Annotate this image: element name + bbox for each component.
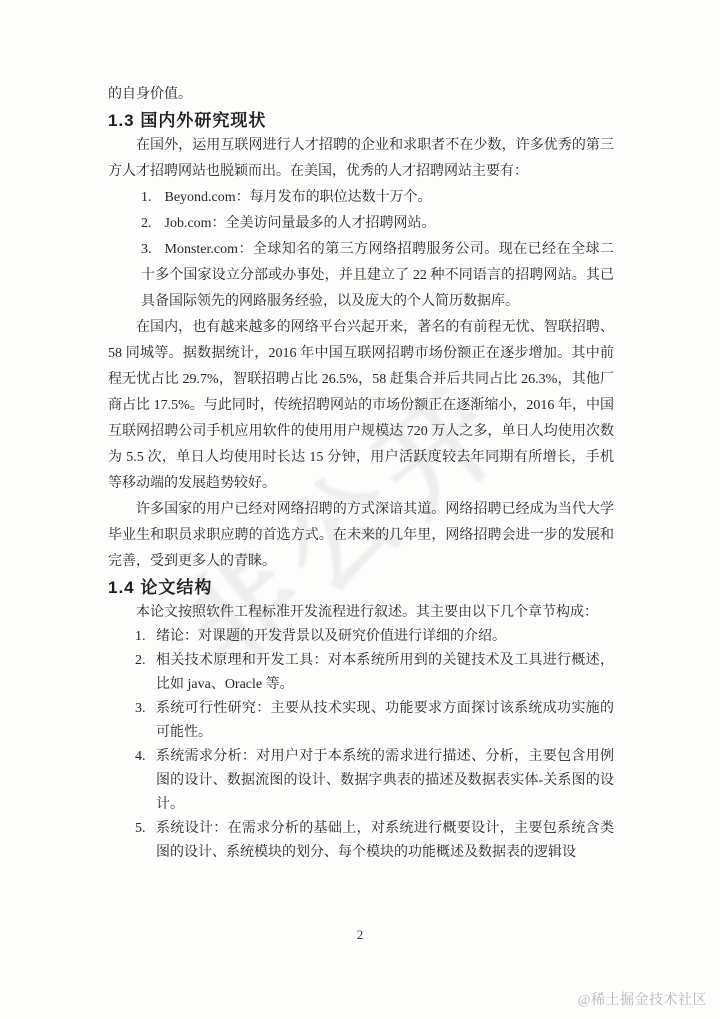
document-page: 非公开 的自身价值。 1.3 国内外研究现状 在国外，运用互联网进行人才招聘的企… [0, 0, 720, 1019]
list-item-text: 系统设计：在需求分析的基础上，对系统进行概要设计，主要包系统含类图的设计、系统模… [156, 817, 614, 865]
list-item: 3.Monster.com：全球知名的第三方网络招聘服务公司。现在已经在全球二十… [141, 237, 614, 315]
list-item-text: Monster.com：全球知名的第三方网络招聘服务公司。现在已经在全球二十多个… [141, 242, 614, 309]
list-item-number: 3. [135, 697, 156, 745]
page-content: 的自身价值。 1.3 国内外研究现状 在国外，运用互联网进行人才招聘的企业和求职… [108, 82, 614, 865]
list-item-number: 4. [135, 745, 156, 817]
list-item-number: 2. [135, 649, 156, 697]
list-item-number: 5. [135, 817, 156, 865]
paragraph-continuation: 的自身价值。 [108, 82, 614, 108]
numbered-list-chapters: 1.绪论：对课题的开发背景以及研究价值进行详细的介绍。 2.相关技术原理和开发工… [135, 625, 614, 865]
paragraph: 本论文按照软件工程标准开发流程进行叙述。其主要由以下几个章节构成： [108, 600, 614, 625]
section-heading-1-3: 1.3 国内外研究现状 [108, 108, 614, 133]
list-item-text: 相关技术原理和开发工具：对本系统所用到的关键技术及工具进行概述，比如 java、… [156, 649, 614, 697]
page-number: 2 [0, 927, 720, 943]
list-item: 2.相关技术原理和开发工具：对本系统所用到的关键技术及工具进行概述，比如 jav… [135, 649, 614, 697]
list-item-text: 系统需求分析：对用户对于本系统的需求进行描述、分析，主要包含用例图的设计、数据流… [156, 745, 614, 817]
paragraph: 在国内，也有越来越多的网络平台兴起开来，著名的有前程无忧、智联招聘、58 同城等… [108, 315, 614, 497]
section-1-4-body: 本论文按照软件工程标准开发流程进行叙述。其主要由以下几个章节构成： 1.绪论：对… [108, 600, 614, 865]
list-item: 3.系统可行性研究：主要从技术实现、功能要求方面探讨该系统成功实施的可能性。 [135, 697, 614, 745]
list-item-text: 绪论：对课题的开发背景以及研究价值进行详细的介绍。 [156, 625, 614, 649]
list-item: 5.系统设计：在需求分析的基础上，对系统进行概要设计，主要包系统含类图的设计、系… [135, 817, 614, 865]
numbered-list-websites: 1.Beyond.com：每月发布的职位达数十万个。 2.Job.com：全美访… [141, 185, 614, 315]
list-item-number: 3. [141, 242, 152, 257]
paragraph: 在国外，运用互联网进行人才招聘的企业和求职者不在少数，许多优秀的第三方人才招聘网… [108, 133, 614, 185]
section-heading-1-4: 1.4 论文结构 [108, 575, 614, 600]
list-item-text: Beyond.com：每月发布的职位达数十万个。 [165, 190, 432, 205]
list-item-text: Job.com：全美访问量最多的人才招聘网站。 [165, 216, 436, 231]
juejin-community-watermark: @稀土掘金技术社区 [578, 989, 707, 1009]
list-item: 1.绪论：对课题的开发背景以及研究价值进行详细的介绍。 [135, 625, 614, 649]
list-item-number: 1. [141, 190, 152, 205]
paragraph: 许多国家的用户已经对网络招聘的方式深谙其道。网络招聘已经成为当代大学毕业生和职员… [108, 497, 614, 575]
list-item: 1.Beyond.com：每月发布的职位达数十万个。 [141, 185, 614, 211]
list-item-text: 系统可行性研究：主要从技术实现、功能要求方面探讨该系统成功实施的可能性。 [156, 697, 614, 745]
list-item: 2.Job.com：全美访问量最多的人才招聘网站。 [141, 211, 614, 237]
list-item-number: 1. [135, 625, 156, 649]
list-item: 4.系统需求分析：对用户对于本系统的需求进行描述、分析，主要包含用例图的设计、数… [135, 745, 614, 817]
list-item-number: 2. [141, 216, 152, 231]
